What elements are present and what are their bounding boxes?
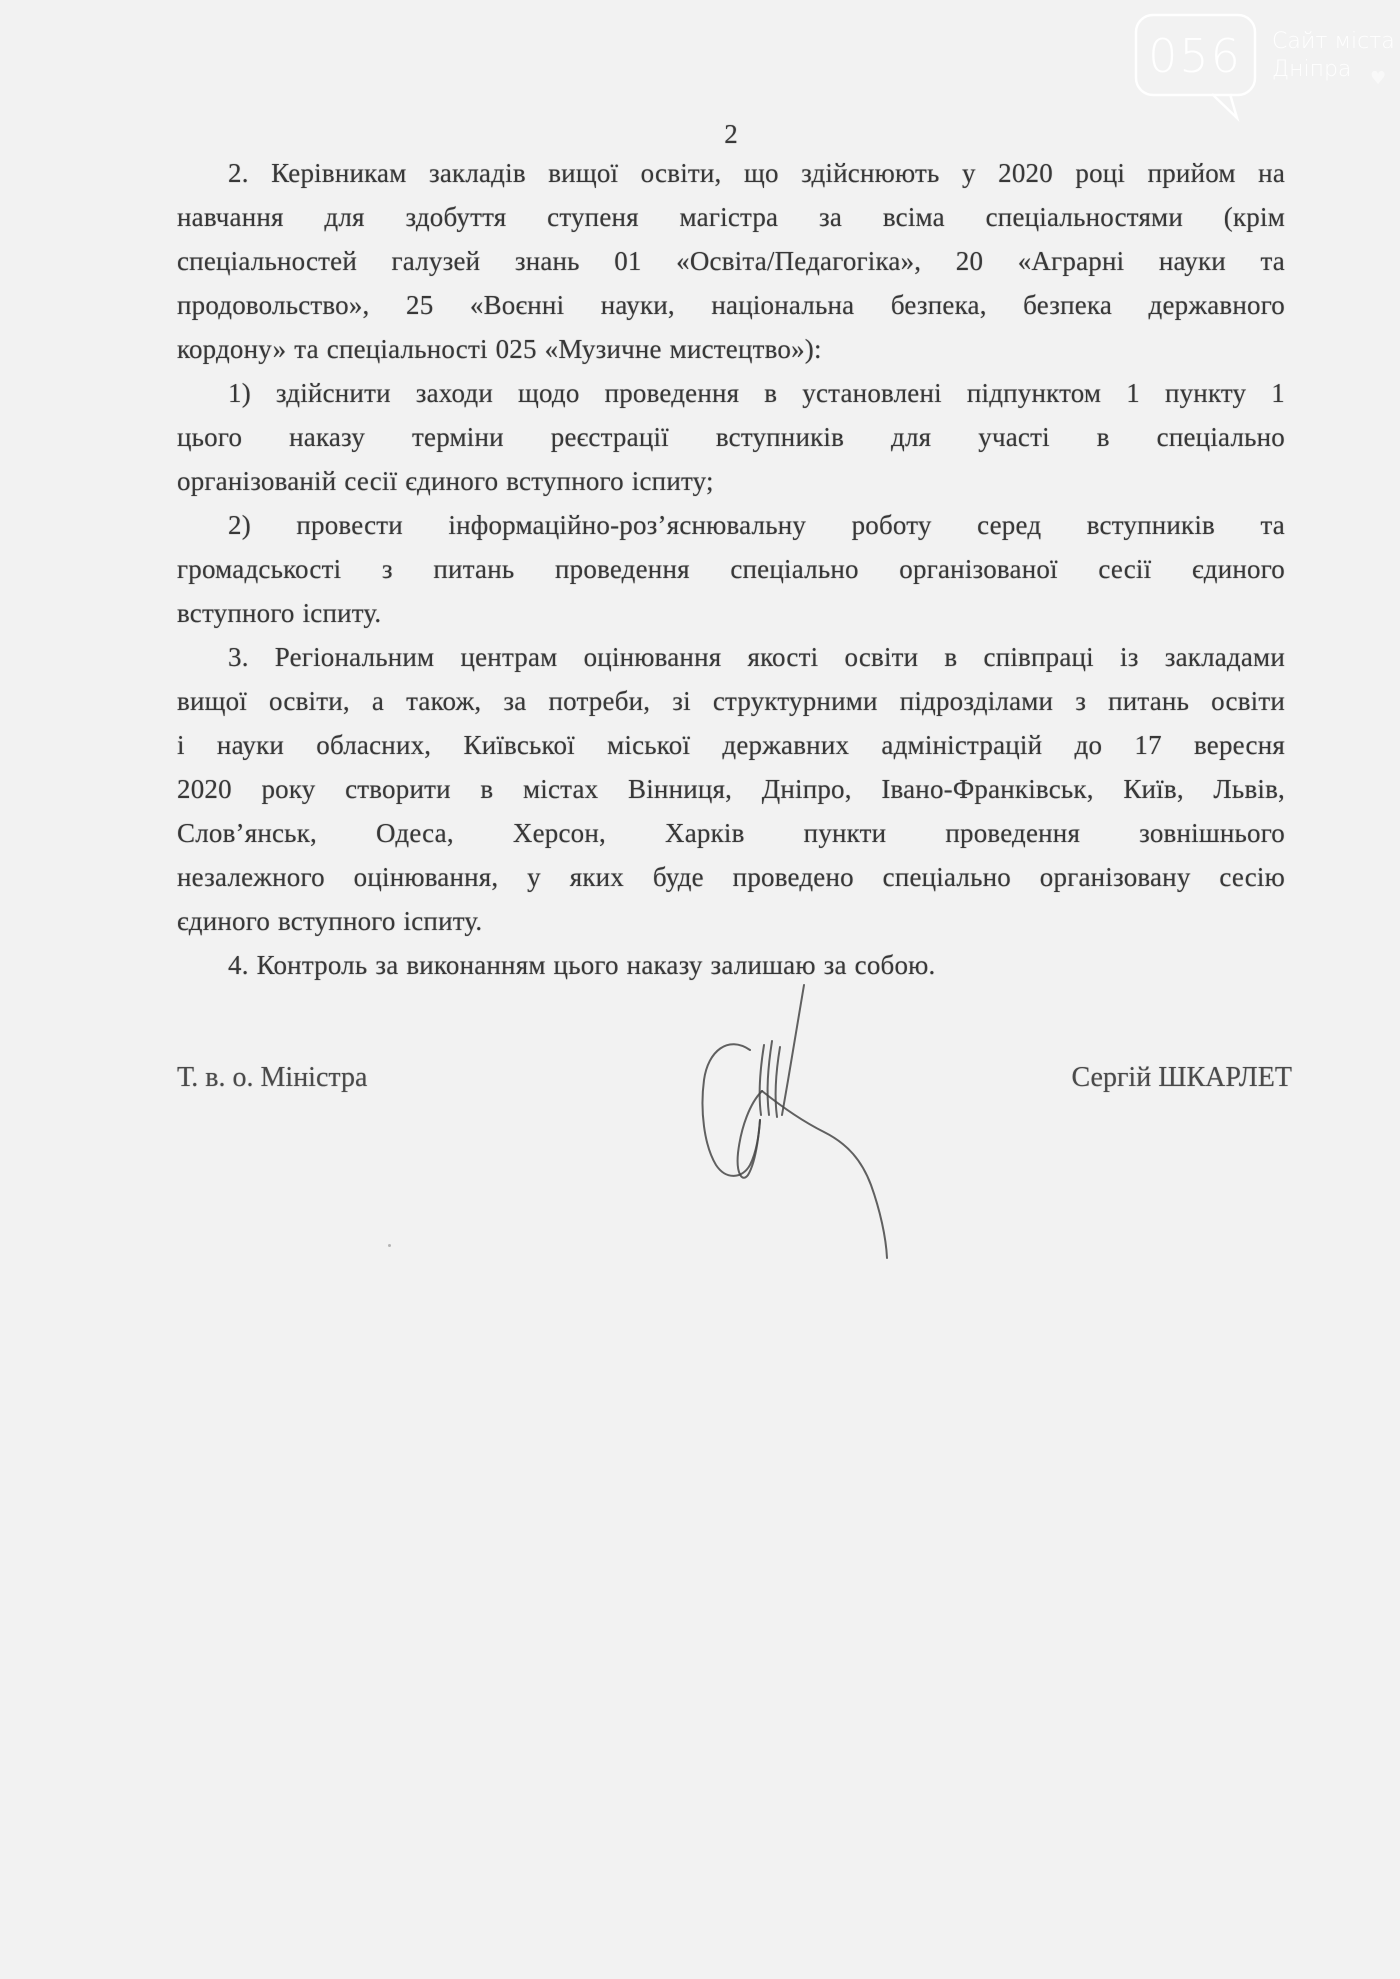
heart-icon: ♥ (1370, 68, 1386, 89)
paragraph-3-line-1: 2) провести інформаційно-роз’яснювальну … (177, 503, 1285, 547)
signature-tail (762, 1091, 887, 1258)
paragraph-4-line-3: і науки обласних, Київської міської держ… (177, 723, 1285, 767)
watermark-caption-line2: Дніпра (1272, 57, 1351, 82)
watermark-caption-line1: Сайт міста (1272, 29, 1395, 54)
paragraph-1-line-2: навчання для здобуття ступеня магістра з… (177, 195, 1285, 239)
paragraph-4-line-6: незалежного оцінювання, у яких буде пров… (177, 855, 1285, 899)
paragraph-4-line-5: Слов’янськ, Одеса, Херсон, Харків пункти… (177, 811, 1285, 855)
signer-position-label: Т. в. о. Міністра (177, 1056, 367, 1100)
watermark-graphic: 056 Сайт міста Дніпра ♥ (1100, 0, 1400, 130)
paragraph-2-line-2: цього наказу терміни реєстрації вступник… (177, 415, 1285, 459)
paragraph-1-line-4: продовольство», 25 «Воєнні науки, націон… (177, 283, 1285, 327)
site-watermark: 056 Сайт міста Дніпра ♥ (1100, 0, 1400, 130)
paragraph-1-line-5: кордону» та спеціальності 025 «Музичне м… (177, 327, 1285, 371)
scan-speck (388, 1244, 391, 1247)
paragraph-1-line-3: спеціальностей галузей знань 01 «Освіта/… (177, 239, 1285, 283)
handwritten-signature (690, 975, 910, 1275)
paragraph-2-line-3: організованій сесії єдиного вступного іс… (177, 459, 1285, 503)
document-body: 2. Керівникам закладів вищої освіти, що … (177, 151, 1285, 987)
paragraph-2-line-1: 1) здійснити заходи щодо проведення в ус… (177, 371, 1285, 415)
paragraph-4-line-1: 3. Регіональним центрам оцінювання якост… (177, 635, 1285, 679)
paragraph-4-line-4: 2020 року створити в містах Вінниця, Дні… (177, 767, 1285, 811)
paragraph-1-line-1: 2. Керівникам закладів вищої освіти, що … (177, 151, 1285, 195)
scanned-document-page: 056 Сайт міста Дніпра ♥ 2 2. Керівникам … (0, 0, 1400, 1979)
paragraph-4-line-7: єдиного вступного іспиту. (177, 899, 1285, 943)
signer-name: Сергій ШКАРЛЕТ (1072, 1056, 1293, 1100)
signature-block: Т. в. о. Міністра Сергій ШКАРЛЕТ (177, 1056, 1292, 1100)
page-number: 2 (177, 112, 1285, 156)
paragraph-3-line-3: вступного іспиту. (177, 591, 1285, 635)
paragraph-3-line-2: громадськості з питань проведення спеціа… (177, 547, 1285, 591)
paragraph-4-line-2: вищої освіти, а також, за потреби, зі ст… (177, 679, 1285, 723)
watermark-badge-number: 056 (1148, 29, 1242, 83)
